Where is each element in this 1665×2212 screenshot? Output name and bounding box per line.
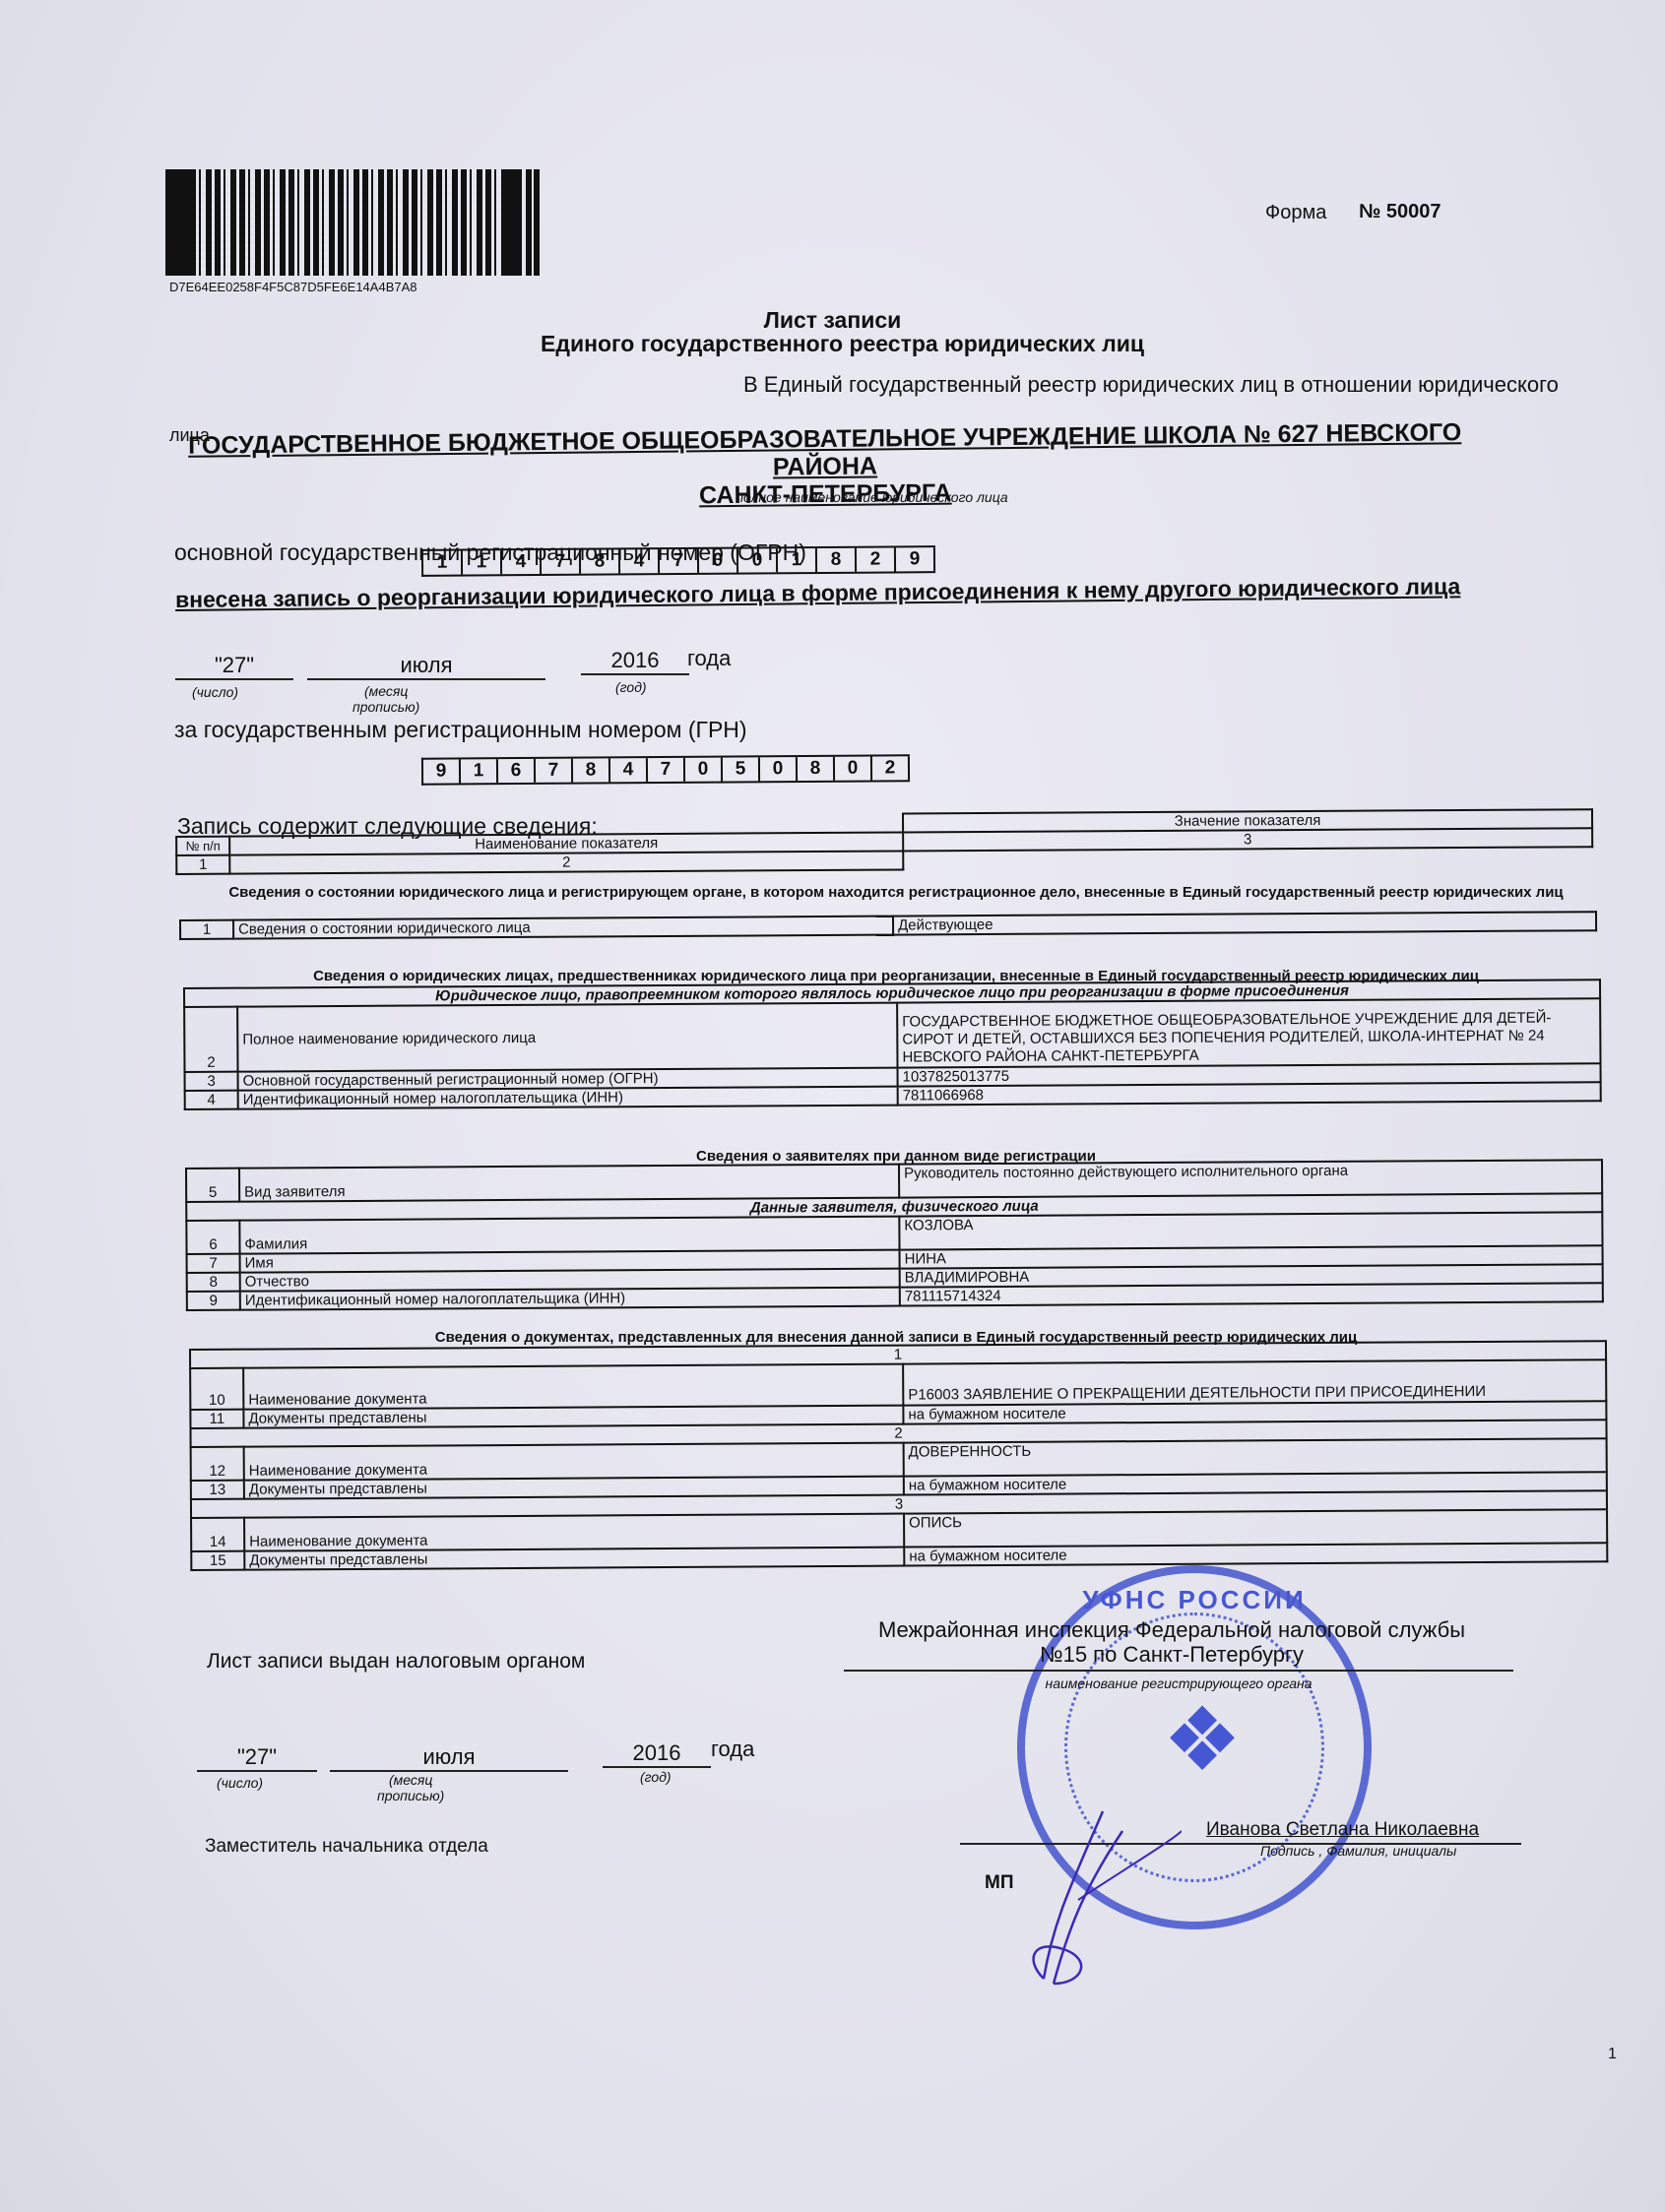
document-subtitle: Единого государственного реестра юридиче… [0,331,1665,357]
entry-description: внесена запись о реорганизации юридическ… [175,573,1461,613]
row-no: 6 [186,1221,239,1254]
row-name: Вид заявителя [239,1165,899,1202]
row-value: ДОВЕРЕННОСТЬ [904,1438,1607,1476]
ogrn-digit: 7 [542,550,581,574]
ogrn-digit: 1 [463,550,502,574]
row-value: ГОСУДАРСТВЕННОЕ БЮДЖЕТНОЕ ОБЩЕОБРАЗОВАТЕ… [897,998,1600,1067]
issue-month: июля [330,1744,568,1772]
row-value: ОПИСЬ [904,1509,1607,1547]
entry-year-suffix: года [687,646,731,671]
row-name: Полное наименование юридического лица [237,1003,897,1072]
row-name: Идентификационный номер налогоплательщик… [238,1087,898,1109]
row-name: Наименование документа [244,1443,904,1481]
ogrn-digit: 0 [738,548,778,572]
row-no: 15 [191,1551,244,1570]
row-no: 7 [187,1254,240,1273]
row-value: 7811066968 [898,1082,1601,1105]
grn-digit: 6 [498,759,536,783]
row-name: Идентификационный номер налогоплательщик… [240,1288,900,1310]
row-no: 1 [180,920,233,939]
signature-caption: Подпись , Фамилия, инициалы [1260,1843,1456,1859]
grn-digit: 8 [798,757,835,781]
entry-month-caption: (месяц прописью) [352,683,419,715]
ogrn-digit: 4 [620,549,660,573]
handwritten-signature [985,1772,1182,1989]
row-name: Фамилия [239,1217,899,1254]
org-name-caption: полное наименование юридического лица [0,489,1665,505]
ogrn-digit: 2 [857,547,896,571]
ogrn-digit: 8 [581,549,620,573]
row-no: 10 [190,1368,243,1410]
entry-day: "27" [175,653,293,680]
row-no: 8 [187,1273,240,1292]
row-no: 5 [186,1169,239,1202]
issue-year-caption: (год) [640,1769,672,1785]
row-value: Р16003 ЗАЯВЛЕНИЕ О ПРЕКРАЩЕНИИ ДЕЯТЕЛЬНО… [903,1359,1606,1405]
section4-table: 1 10 Наименование документа Р16003 ЗАЯВЛ… [189,1340,1608,1571]
row-no: 14 [191,1518,244,1551]
issue-day: "27" [197,1744,317,1772]
row-no: 9 [187,1292,240,1310]
form-label: Форма [1265,202,1326,224]
row-value: КОЗЛОВА [899,1212,1602,1249]
row-no: 2 [184,1007,237,1072]
issued-label: Лист записи выдан налоговым органом [207,1650,585,1674]
section2-table: Юридическое лицо, правопреемником которо… [183,979,1602,1110]
header-no: № п/п [176,837,229,855]
authority-line2: №15 по Санкт-Петербургу [827,1642,1516,1667]
grn-digit: 8 [573,758,610,782]
grn-digit: 5 [723,757,760,781]
registering-authority: Межрайонная инспекция Федеральной налого… [827,1617,1516,1667]
section3-table: 5 Вид заявителя Руководитель постоянно д… [185,1159,1604,1311]
section1-title: Сведения о состоянии юридического лица и… [197,884,1595,902]
document-title: Лист записи [0,307,1665,334]
row-name: Документы представлены [244,1548,904,1570]
table-row: 1 Сведения о состоянии юридического лица… [180,912,1596,939]
row-value: Руководитель постоянно действующего испо… [899,1160,1602,1197]
row-name: Сведения о состоянии юридического лица [233,916,893,939]
ogrn-digit: 9 [896,547,935,571]
authority-underline [844,1670,1513,1672]
page-number: 1 [1608,2046,1617,2063]
row-name: Наименование документа [243,1364,903,1410]
grn-digit: 0 [760,757,798,781]
signer-position: Заместитель начальника отдела [205,1836,488,1858]
grn-digit: 9 [423,759,461,783]
header-name-num: 2 [229,851,903,873]
grn-digit: 4 [610,758,648,782]
ogrn-digit-boxes: 1 1 4 7 8 4 7 0 0 1 8 2 9 [421,545,935,577]
row-no: 4 [185,1091,238,1109]
ogrn-digit: 4 [502,550,542,574]
intro-text: В Единый государственный реестр юридичес… [743,372,1559,398]
issue-year-suffix: года [711,1737,754,1762]
header-table: Значение показателя № п/п Наименование п… [175,808,1593,875]
row-name: Наименование документа [244,1514,904,1551]
ogrn-digit: 8 [817,548,857,572]
authority-line1: Межрайонная инспекция Федеральной налого… [827,1617,1516,1642]
grn-digit: 7 [536,759,573,783]
grn-digit: 1 [461,759,498,783]
section1-table: 1 Сведения о состоянии юридического лица… [179,911,1597,940]
table-row: 2 Полное наименование юридического лица … [184,998,1600,1072]
grn-digit: 0 [685,758,723,782]
ogrn-digit: 0 [699,549,738,573]
barcode-code: D7E64EE0258F4F5C87D5FE6E14A4B7A8 [169,280,417,294]
grn-digit-boxes: 9 1 6 7 8 4 7 0 5 0 8 0 2 [421,754,910,785]
ogrn-digit: 7 [660,549,699,573]
form-number: № 50007 [1359,201,1441,223]
row-no: 11 [190,1410,243,1428]
grn-label: за государственным регистрационным номер… [174,717,747,743]
row-value: Действующее [893,912,1596,934]
entry-month: июля [307,653,545,680]
entry-day-caption: (число) [192,684,238,700]
header-no-num: 1 [176,855,229,874]
barcode-image [165,169,540,276]
authority-caption: наименование регистрирующего органа [844,1675,1513,1691]
issue-day-caption: (число) [217,1775,263,1791]
ogrn-digit: 1 [778,548,817,572]
grn-digit: 0 [835,757,872,781]
row-value: на бумажном носителе [904,1543,1607,1565]
row-no: 13 [191,1481,244,1499]
entry-year: 2016 [581,648,689,675]
issue-month-caption: (месяц прописью) [377,1772,444,1803]
issue-year: 2016 [603,1740,711,1768]
row-value: 781115714324 [900,1283,1603,1305]
ogrn-digit: 1 [423,551,463,575]
row-no: 3 [185,1072,238,1091]
signer-name: Иванова Светлана Николаевна [1206,1819,1479,1841]
entry-year-caption: (год) [615,679,647,695]
document-page: D7E64EE0258F4F5C87D5FE6E14A4B7A8 Форма №… [0,0,1665,2212]
stamp-text: УФНС РОССИИ [1025,1585,1364,1615]
grn-digit: 2 [872,756,910,780]
grn-digit: 7 [648,758,685,782]
row-no: 12 [191,1447,244,1481]
